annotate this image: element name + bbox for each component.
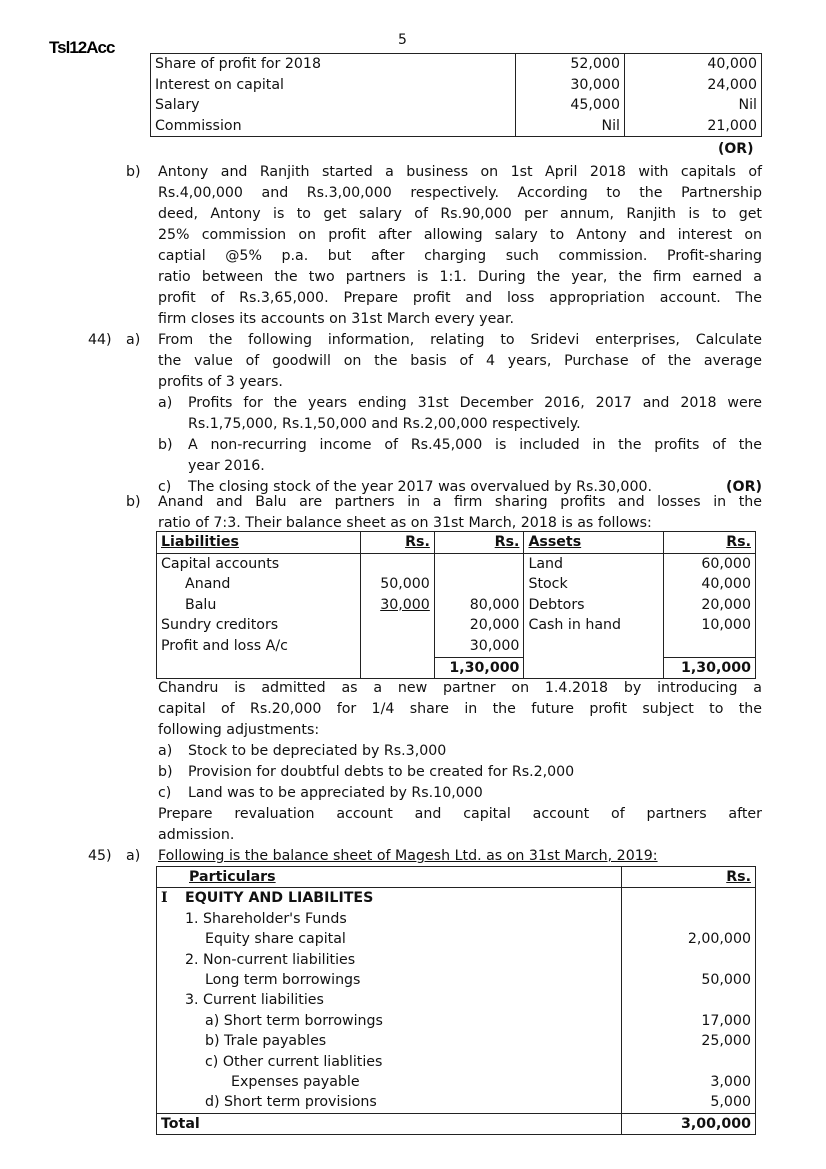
section-row: IEQUITY AND LIABILITES <box>157 888 756 909</box>
q44b-question-text: Anand and Balu are partners in a firm sh… <box>158 492 762 534</box>
particular-amount: 17,000 <box>621 1011 755 1031</box>
empty-cell <box>621 888 755 909</box>
sub-item-marker: a) <box>158 393 188 435</box>
particular-label: c) Other current liablities <box>157 1052 622 1072</box>
particular-label: 2. Non-current liabilities <box>157 950 622 970</box>
q43b-question-text: Antony and Ranjith started a business on… <box>158 162 762 330</box>
column-header: Rs. <box>361 532 434 554</box>
adjustment-marker: c) <box>158 783 188 804</box>
particular-amount <box>621 950 755 970</box>
text-line: Anand and Balu are partners in a firm sh… <box>158 492 762 513</box>
text-line: the value of goodwill on the basis of 4 … <box>158 351 762 372</box>
sub-item-text: A non-recurring income of Rs.45,000 is i… <box>188 435 762 477</box>
liability-amount: 80,000 <box>434 595 524 616</box>
page-number: 5 <box>398 32 407 48</box>
text-line: Antony and Ranjith started a business on… <box>158 162 762 183</box>
total-amount: 3,00,000 <box>621 1113 755 1134</box>
row-label: Commission <box>151 116 516 137</box>
liability-sub-amount <box>361 636 434 657</box>
particular-amount: 5,000 <box>621 1092 755 1113</box>
value-partner-2: 24,000 <box>625 75 762 96</box>
column-header: Particulars <box>157 867 622 888</box>
sub-item: b)A non-recurring income of Rs.45,000 is… <box>158 435 762 477</box>
row-label: Share of profit for 2018 <box>151 54 516 75</box>
section-numeral: I <box>161 888 185 908</box>
table-row: 1. Shareholder's Funds <box>157 909 756 929</box>
column-header: Rs. <box>664 532 756 554</box>
asset-label <box>524 636 664 657</box>
value-partner-2: 21,000 <box>625 116 762 137</box>
column-header: Assets <box>524 532 664 554</box>
table-row: Salary45,000Nil <box>151 95 762 116</box>
table-row: c) Other current liablities <box>157 1052 756 1072</box>
liability-label: Balu <box>157 595 361 616</box>
table-row: Equity share capital2,00,000 <box>157 929 756 949</box>
text-line: capital of Rs.20,000 for 1/4 share in th… <box>158 699 762 720</box>
total-row: Total3,00,000 <box>157 1113 756 1134</box>
column-header: Rs. <box>434 532 524 554</box>
table-row: d) Short term provisions5,000 <box>157 1092 756 1113</box>
particular-label: Long term borrowings <box>157 970 622 990</box>
liability-amount: 20,000 <box>434 615 524 636</box>
table-row: Profit and loss A/c30,000 <box>157 636 756 657</box>
particular-label: d) Short term provisions <box>157 1092 622 1113</box>
particular-amount: 2,00,000 <box>621 929 755 949</box>
table-header-row: LiabilitiesRs.Rs.AssetsRs. <box>157 532 756 554</box>
sub-item-marker: b) <box>158 435 188 477</box>
q44b-adjustments: a)Stock to be depreciated by Rs.3,000b)P… <box>158 741 762 804</box>
adjustment-item: b)Provision for doubtful debts to be cre… <box>158 762 762 783</box>
adjustment-item: a)Stock to be depreciated by Rs.3,000 <box>158 741 762 762</box>
table-row: Sundry creditors20,000Cash in hand10,000 <box>157 615 756 636</box>
text-line: Rs.4,00,000 and Rs.3,00,000 respectively… <box>158 183 762 204</box>
adjustment-marker: a) <box>158 741 188 762</box>
section-title: IEQUITY AND LIABILITES <box>157 888 622 909</box>
liability-label: Anand <box>157 574 361 595</box>
text-line: year 2016. <box>188 456 762 477</box>
empty-cell <box>524 657 664 679</box>
text-line: profit of Rs.3,65,000. Prepare profit an… <box>158 288 762 309</box>
particular-label: b) Trale payables <box>157 1031 622 1051</box>
liability-label: Capital accounts <box>157 553 361 574</box>
liability-amount <box>434 553 524 574</box>
empty-cell <box>361 657 434 679</box>
asset-amount: 40,000 <box>664 574 756 595</box>
adjustment-text: Land was to be appreciated by Rs.10,000 <box>188 783 483 804</box>
particular-amount: 50,000 <box>621 970 755 990</box>
or-label: (OR) <box>718 141 753 157</box>
asset-label: Debtors <box>524 595 664 616</box>
table-header-row: ParticularsRs. <box>157 867 756 888</box>
value-partner-1: 30,000 <box>516 75 625 96</box>
text-line: admission. <box>158 825 762 846</box>
liability-amount <box>434 574 524 595</box>
adjustment-text: Provision for doubtful debts to be creat… <box>188 762 574 783</box>
q44b-closing-text: Prepare revaluation account and capital … <box>158 804 762 846</box>
total-label: Total <box>157 1113 622 1134</box>
text-line: Rs.1,75,000, Rs.1,50,000 and Rs.2,00,000… <box>188 414 762 435</box>
asset-label: Land <box>524 553 664 574</box>
table-row: Expenses payable3,000 <box>157 1072 756 1092</box>
liability-sub-amount <box>361 615 434 636</box>
text-line: captial @5% p.a. but after charging such… <box>158 246 762 267</box>
asset-amount <box>664 636 756 657</box>
particular-amount <box>621 1052 755 1072</box>
asset-amount: 20,000 <box>664 595 756 616</box>
total-row: 1,30,0001,30,000 <box>157 657 756 679</box>
liability-sub-amount: 30,000 <box>361 595 434 616</box>
q44a-question-text: From the following information, relating… <box>158 330 762 393</box>
asset-amount: 10,000 <box>664 615 756 636</box>
adjustment-text: Stock to be depreciated by Rs.3,000 <box>188 741 446 762</box>
q44b-admission-text: Chandru is admitted as a new partner on … <box>158 678 762 741</box>
particular-label: a) Short term borrowings <box>157 1011 622 1031</box>
value-partner-2: Nil <box>625 95 762 116</box>
text-line: firm closes its accounts on 31st March e… <box>158 309 762 330</box>
adjustment-marker: b) <box>158 762 188 783</box>
q45a-marker: a) <box>126 846 140 867</box>
column-header: Liabilities <box>157 532 361 554</box>
sub-item-text: Profits for the years ending 31st Decemb… <box>188 393 762 435</box>
value-partner-1: 45,000 <box>516 95 625 116</box>
table-row: Long term borrowings50,000 <box>157 970 756 990</box>
q44-number: 44) <box>88 330 112 351</box>
liability-sub-amount <box>361 553 434 574</box>
table-row: Balu30,00080,000Debtors20,000 <box>157 595 756 616</box>
table-row: 3. Current liabilities <box>157 990 756 1010</box>
profit-distribution-table: Share of profit for 201852,00040,000Inte… <box>150 53 762 137</box>
liability-amount: 30,000 <box>434 636 524 657</box>
q44a-subitems: a)Profits for the years ending 31st Dece… <box>158 393 762 498</box>
particular-amount <box>621 990 755 1010</box>
value-partner-2: 40,000 <box>625 54 762 75</box>
section-title-text: EQUITY AND LIABILITES <box>185 890 373 906</box>
text-line: deed, Antony is to get salary of Rs.90,0… <box>158 204 762 225</box>
empty-cell <box>157 657 361 679</box>
anand-balu-balance-sheet: LiabilitiesRs.Rs.AssetsRs.Capital accoun… <box>156 531 756 679</box>
asset-label: Cash in hand <box>524 615 664 636</box>
text-line: Prepare revaluation account and capital … <box>158 804 762 825</box>
magesh-balance-sheet: ParticularsRs.IEQUITY AND LIABILITES1. S… <box>156 866 756 1135</box>
liability-label: Profit and loss A/c <box>157 636 361 657</box>
q44b-marker: b) <box>126 492 141 513</box>
table-row: Anand50,000Stock40,000 <box>157 574 756 595</box>
liability-sub-amount: 50,000 <box>361 574 434 595</box>
table-row: Share of profit for 201852,00040,000 <box>151 54 762 75</box>
total-liabilities: 1,30,000 <box>434 657 524 679</box>
text-line: following adjustments: <box>158 720 762 741</box>
table-row: Interest on capital30,00024,000 <box>151 75 762 96</box>
text-line: Profits for the years ending 31st Decemb… <box>188 393 762 414</box>
table-row: 2. Non-current liabilities <box>157 950 756 970</box>
table-row: Capital accountsLand60,000 <box>157 553 756 574</box>
asset-label: Stock <box>524 574 664 595</box>
text-line: Chandru is admitted as a new partner on … <box>158 678 762 699</box>
particular-amount: 3,000 <box>621 1072 755 1092</box>
q45-number: 45) <box>88 846 112 867</box>
table-row: CommissionNil21,000 <box>151 116 762 137</box>
particular-label: 1. Shareholder's Funds <box>157 909 622 929</box>
column-header: Rs. <box>621 867 755 888</box>
row-label: Salary <box>151 95 516 116</box>
paper-code: Tsl12Acc <box>49 38 114 58</box>
table-row: b) Trale payables25,000 <box>157 1031 756 1051</box>
text-line: A non-recurring income of Rs.45,000 is i… <box>188 435 762 456</box>
particular-label: 3. Current liabilities <box>157 990 622 1010</box>
particular-label: Equity share capital <box>157 929 622 949</box>
text-line: ratio between the two partners is 1:1. D… <box>158 267 762 288</box>
text-line: From the following information, relating… <box>158 330 762 351</box>
asset-amount: 60,000 <box>664 553 756 574</box>
liability-label: Sundry creditors <box>157 615 361 636</box>
table-row: a) Short term borrowings17,000 <box>157 1011 756 1031</box>
q44a-marker: a) <box>126 330 140 351</box>
q45a-intro: Following is the balance sheet of Magesh… <box>158 846 762 867</box>
row-label: Interest on capital <box>151 75 516 96</box>
q43b-marker: b) <box>126 162 141 183</box>
particular-amount <box>621 909 755 929</box>
value-partner-1: Nil <box>516 116 625 137</box>
particular-amount: 25,000 <box>621 1031 755 1051</box>
total-assets: 1,30,000 <box>664 657 756 679</box>
text-line: 25% commission on profit after allowing … <box>158 225 762 246</box>
value-partner-1: 52,000 <box>516 54 625 75</box>
text-line: profits of 3 years. <box>158 372 762 393</box>
particular-label: Expenses payable <box>157 1072 622 1092</box>
sub-item: a)Profits for the years ending 31st Dece… <box>158 393 762 435</box>
adjustment-item: c)Land was to be appreciated by Rs.10,00… <box>158 783 762 804</box>
